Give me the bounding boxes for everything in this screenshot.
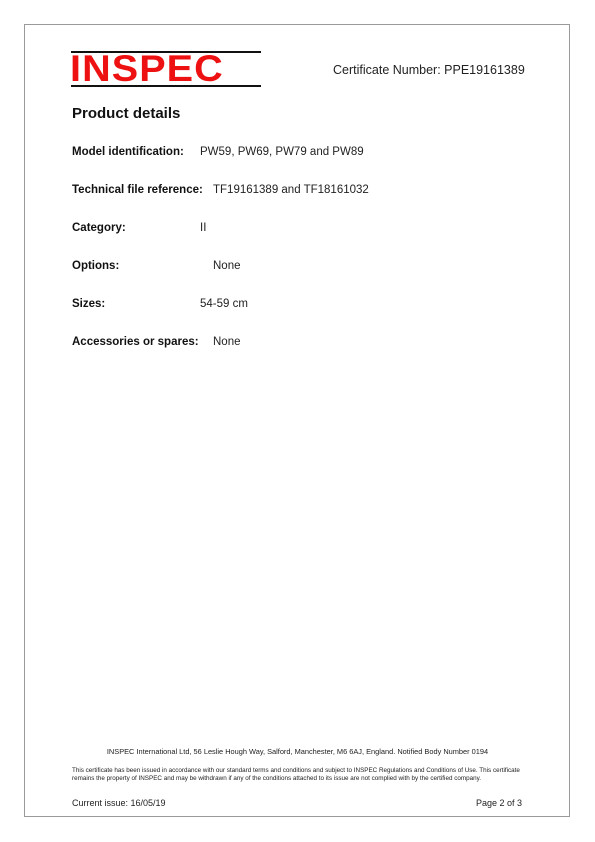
logo-text: INSPEC [70, 53, 275, 84]
section-title: Product details [72, 105, 180, 122]
detail-value: None [213, 336, 241, 348]
detail-value: II [200, 222, 206, 234]
detail-value: 54-59 cm [200, 298, 248, 310]
detail-label: Sizes: [72, 298, 105, 310]
detail-value: TF19161389 and TF18161032 [213, 184, 369, 196]
detail-label: Technical file reference: [72, 184, 203, 196]
logo-bottom-rule [71, 85, 261, 87]
certificate-number: Certificate Number: PPE19161389 [333, 63, 525, 77]
detail-value: None [213, 260, 241, 272]
footer-terms: This certificate has been issued in acco… [72, 767, 532, 783]
current-issue-date: Current issue: 16/05/19 [72, 798, 166, 808]
detail-label: Options: [72, 260, 119, 272]
footer-address: INSPEC International Ltd, 56 Leslie Houg… [0, 747, 595, 756]
page-number: Page 2 of 3 [476, 798, 522, 808]
detail-label: Model identification: [72, 146, 184, 158]
inspec-logo: INSPEC [71, 50, 261, 88]
page-border [24, 24, 570, 817]
detail-label: Category: [72, 222, 126, 234]
detail-value: PW59, PW69, PW79 and PW89 [200, 146, 364, 158]
detail-label: Accessories or spares: [72, 336, 199, 348]
